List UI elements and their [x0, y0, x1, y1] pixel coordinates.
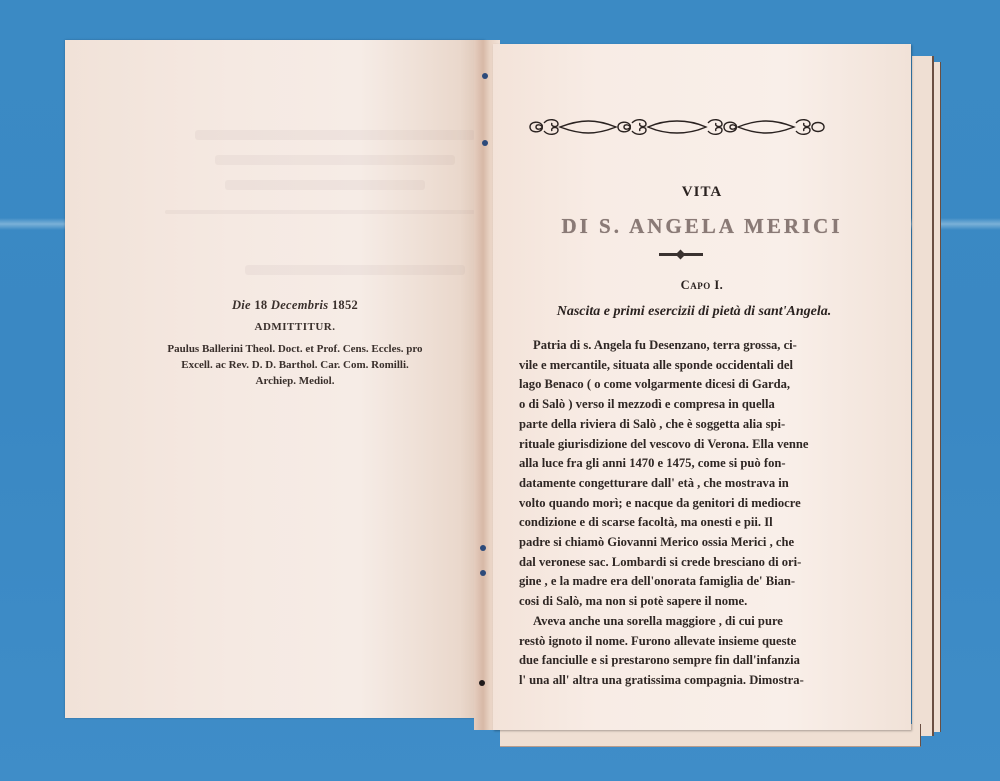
- text-line: l' una all' altra una gratissima compagn…: [519, 671, 838, 691]
- page-stack-edge: [912, 56, 934, 736]
- censor-line: Excell. ac Rev. D. D. Barthol. Car. Com.…: [135, 357, 455, 373]
- date-prefix: Die: [232, 298, 251, 312]
- text-line: datamente congetturare dall' età , che m…: [519, 474, 838, 494]
- text-line: volto quando morì; e nacque da genitori …: [519, 494, 838, 514]
- date-month: Decembris: [271, 298, 329, 312]
- text-line: parte della riviera di Salò , che è sogg…: [519, 415, 838, 435]
- stitch-hole-icon: [480, 545, 486, 551]
- book-title: DI S. ANGELA MERICI: [493, 214, 911, 239]
- title-vita: VITA: [493, 184, 911, 201]
- date-year: 1852: [332, 298, 358, 312]
- stitch-hole-icon: [482, 140, 488, 146]
- text-line: Patria di s. Angela fu Desenzano, terra …: [519, 336, 838, 356]
- bleed-through-line: [195, 130, 475, 140]
- stitch-hole-icon: [480, 570, 486, 576]
- admittitur-heading: ADMITTITUR.: [135, 321, 455, 333]
- censor-line: Archiep. Mediol.: [135, 373, 455, 389]
- text-line: restò ignoto il nome. Furono allevate in…: [519, 632, 838, 652]
- text-line: rituale giurisdizione del vescovo di Ver…: [519, 435, 838, 455]
- text-line: Aveva anche una sorella maggiore , di cu…: [519, 612, 838, 632]
- body-text: Patria di s. Angela fu Desenzano, terra …: [519, 336, 838, 691]
- imprimatur-date: Die 18 Decembris 1852: [135, 298, 455, 313]
- censor-statement: Paulus Ballerini Theol. Doct. et Prof. C…: [135, 341, 455, 389]
- date-day: 18: [254, 298, 267, 312]
- text-line: due fanciulle e si prestarono sempre fin…: [519, 651, 838, 671]
- left-page: Die 18 Decembris 1852 ADMITTITUR. Paulus…: [65, 40, 485, 718]
- text-line: dal veronese sac. Lombardi si crede bres…: [519, 553, 838, 573]
- right-page: VITA DI S. ANGELA MERICI Capo I. Nascita…: [493, 44, 911, 730]
- bleed-through-line: [245, 265, 465, 275]
- stitch-hole-icon: [482, 73, 488, 79]
- bleed-through-line: [225, 180, 425, 190]
- chapter-subtitle: Nascita e primi esercizii di pietà di sa…: [519, 304, 869, 320]
- text-line: condizione e di scarse facoltà, ma onest…: [519, 513, 838, 533]
- text-line: gine , e la madre era dell'onorata famig…: [519, 572, 838, 592]
- chapter-heading: Capo I.: [493, 278, 911, 293]
- text-line: vile e mercantile, situata alle sponde o…: [519, 356, 838, 376]
- stitch-hole-icon: [479, 680, 485, 686]
- dash-divider-icon: [659, 253, 703, 256]
- censor-line: Paulus Ballerini Theol. Doct. et Prof. C…: [135, 341, 455, 357]
- imprimatur-block: Die 18 Decembris 1852 ADMITTITUR. Paulus…: [135, 298, 455, 389]
- text-line: cosi di Salò, ma non si potè sapere il n…: [519, 592, 838, 612]
- text-line: o di Salò ) verso il mezzodì e compresa …: [519, 395, 838, 415]
- text-line: alla luce fra gli anni 1470 e 1475, come…: [519, 454, 838, 474]
- bleed-through-rule: [165, 210, 475, 214]
- scroll-ornament-icon: [526, 116, 828, 138]
- text-line: padre si chiamò Giovanni Merico ossia Me…: [519, 533, 838, 553]
- bleed-through-line: [215, 155, 455, 165]
- text-line: lago Benaco ( o come volgarmente dicesi …: [519, 375, 838, 395]
